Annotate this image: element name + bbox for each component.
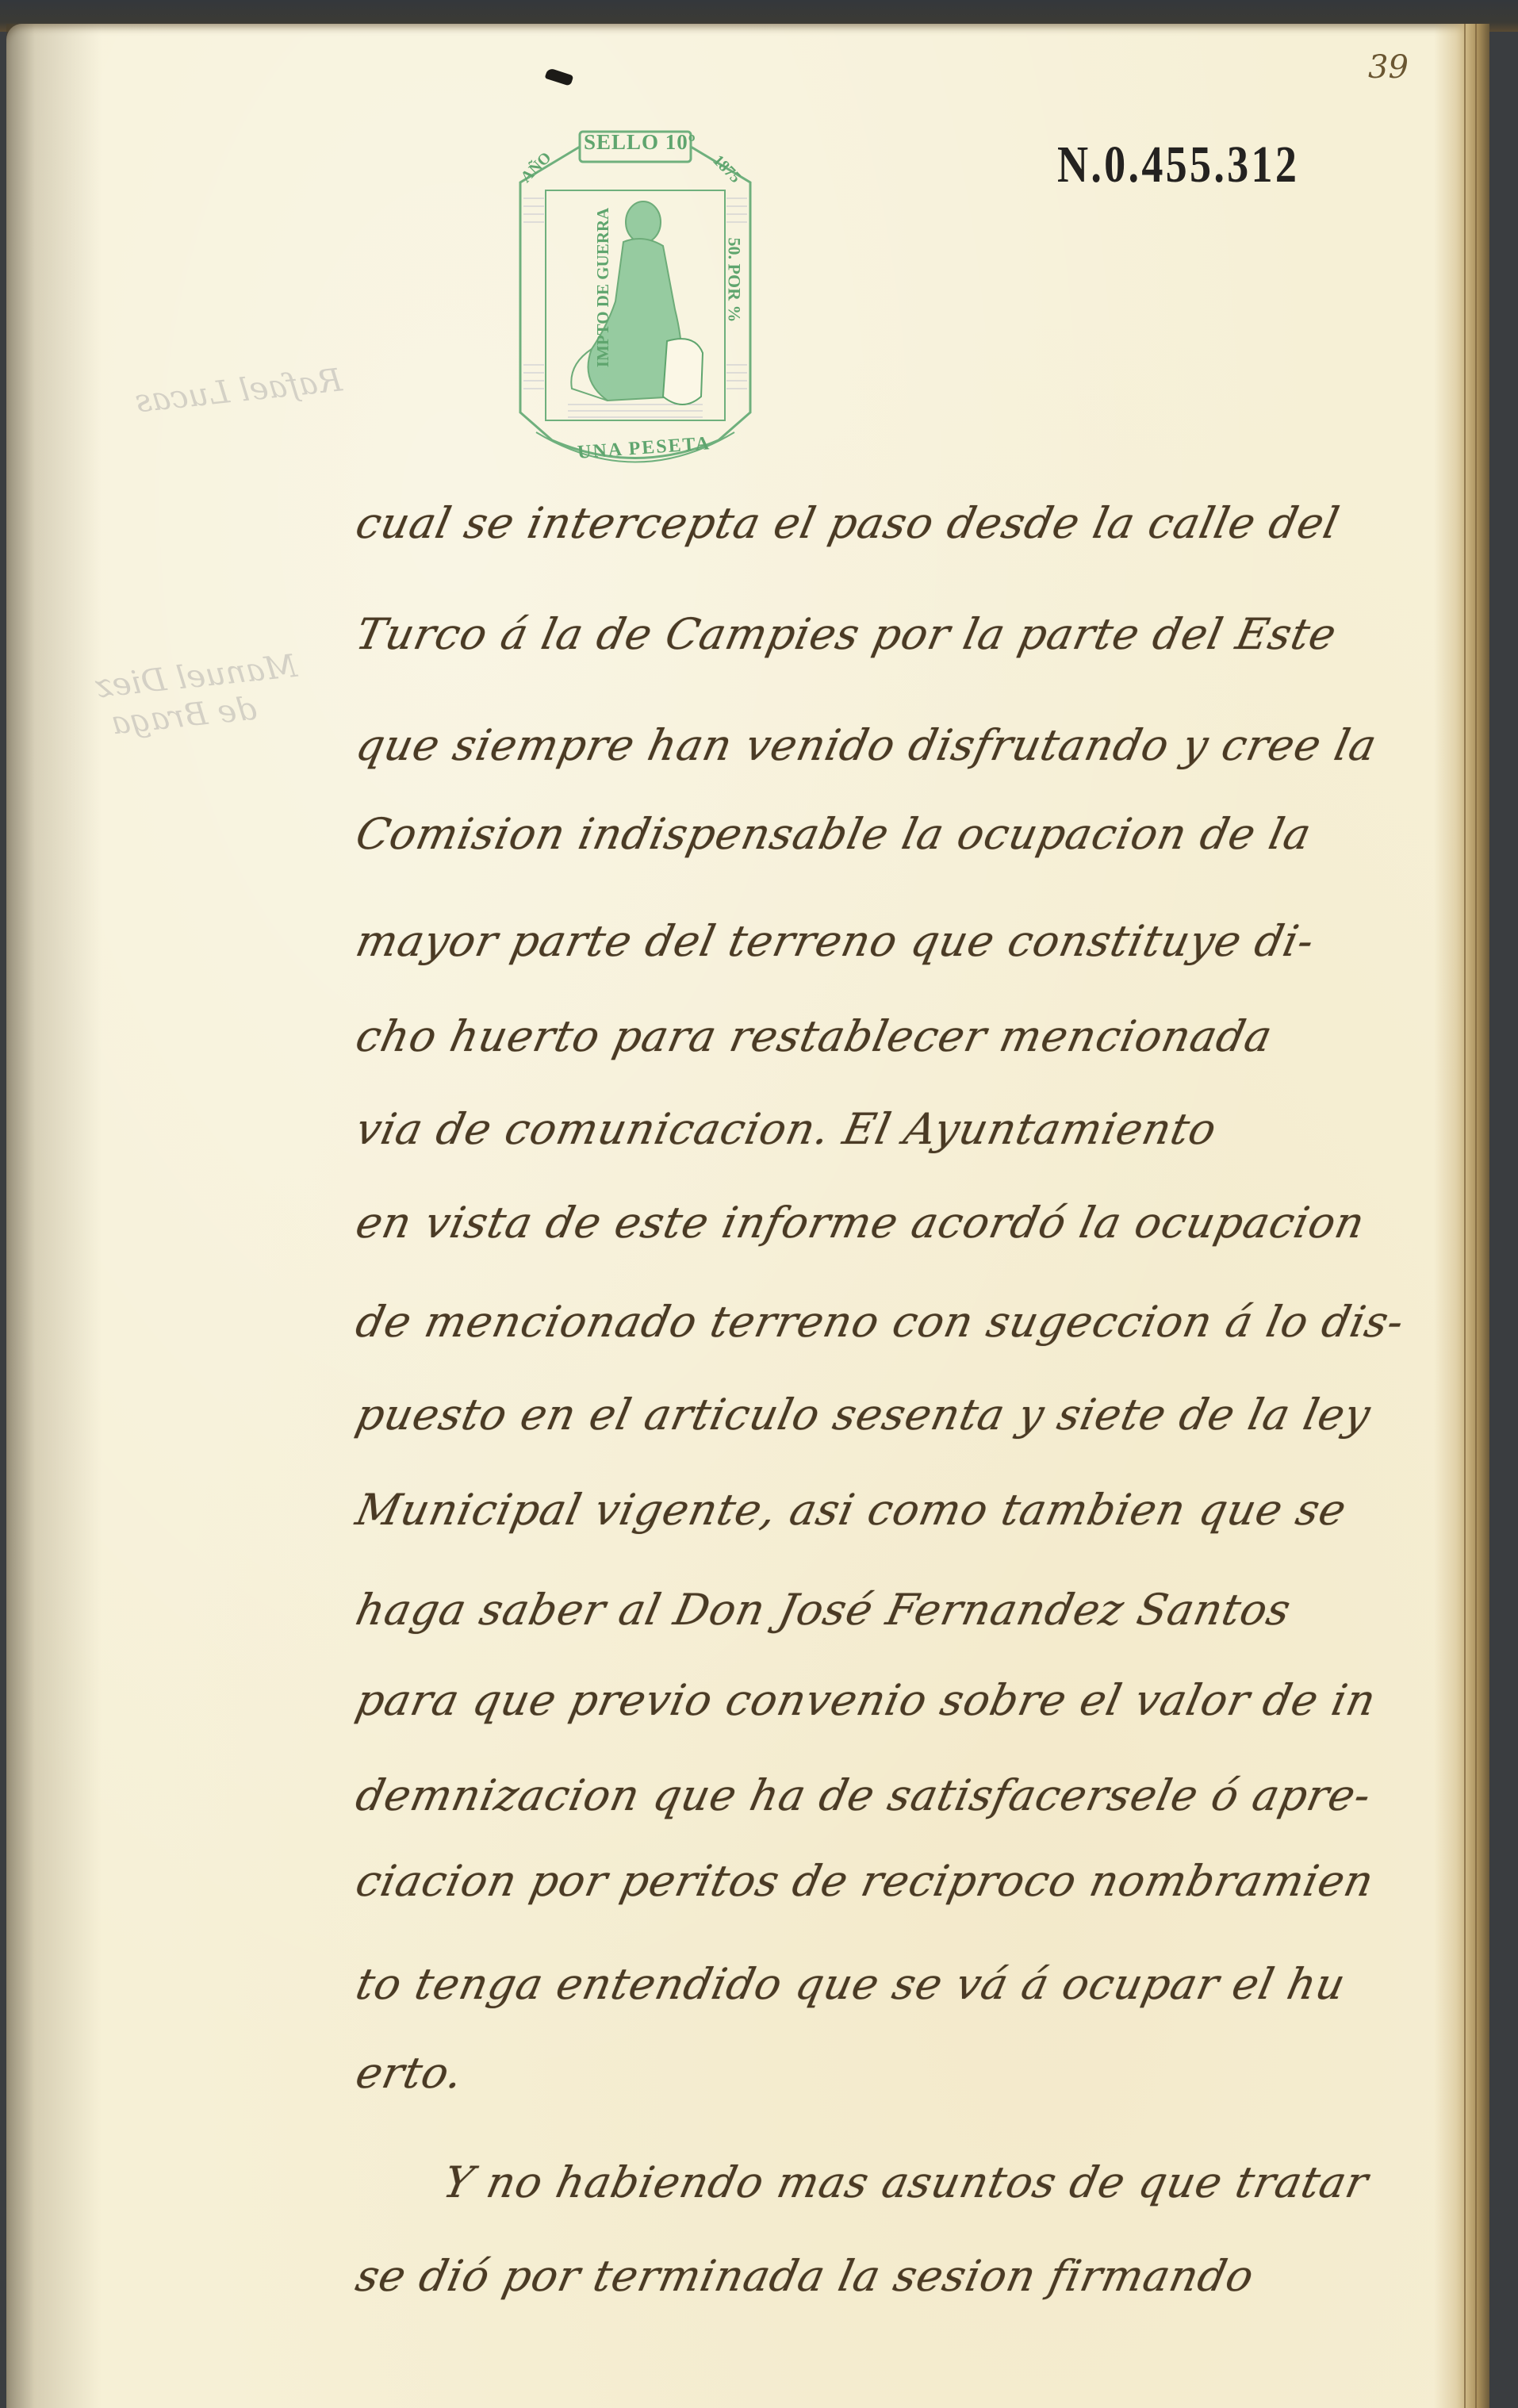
manuscript-line: Turco á la de Campies por la parte del E… — [351, 609, 1341, 659]
manuscript-line: Comision indispensable la ocupacion de l… — [351, 809, 1316, 859]
manuscript-line: erto. — [351, 2048, 468, 2098]
manuscript-line: mayor parte del terreno que constituye d… — [351, 916, 1319, 966]
manuscript-line: en vista de este informe acordó la ocupa… — [351, 1198, 1369, 1248]
page-stack-edge — [1434, 24, 1489, 2408]
manuscript-line: cho huerto para restablecer mencionada — [351, 1011, 1277, 1061]
folio-number: 39 — [1368, 49, 1409, 86]
manuscript-line: haga saber al Don José Fernandez Santos — [351, 1585, 1295, 1635]
manuscript-line: de mencionado terreno con sugeccion á lo… — [351, 1297, 1409, 1347]
closing-line: Y no habiendo mas asuntos de que tratar — [439, 2157, 1373, 2207]
closing-line: se dió por terminada la sesion firmando — [351, 2251, 1259, 2301]
revenue-stamp: SELLO 10º AÑO 1875 IMPTO DE GUERRA 50. P… — [504, 127, 766, 476]
manuscript-line: para que previo convenio sobre el valor … — [351, 1675, 1381, 1725]
stamp-percent-label: 50. POR % — [723, 238, 744, 323]
manuscript-line: ciacion por peritos de reciproco nombram… — [351, 1856, 1378, 1906]
binding-gutter-shadow — [6, 24, 102, 2408]
document-scan: 39 N.0.455.312 — [0, 0, 1518, 2408]
manuscript-line: puesto en el articulo sesenta y siete de… — [351, 1390, 1375, 1440]
serial-number: N.0.455.312 — [1057, 135, 1299, 195]
manuscript-line: Municipal vigente, asi como tambien que … — [351, 1485, 1351, 1535]
manuscript-line: via de comunicacion. El Ayuntamiento — [351, 1104, 1221, 1154]
shield-icon — [663, 339, 703, 405]
stamp-tax-label: IMPTO DE GUERRA — [593, 208, 613, 367]
manuscript-line: que siempre han venido disfrutando y cre… — [351, 720, 1382, 770]
manuscript-line: cual se intercepta el paso desde la call… — [351, 498, 1344, 548]
manuscript-line: to tenga entendido que se vá á ocupar el… — [351, 1959, 1350, 2009]
manuscript-line: demnizacion que ha de satisfacersele ó a… — [351, 1770, 1375, 1820]
stamp-value-label: SELLO 10º — [584, 130, 696, 155]
